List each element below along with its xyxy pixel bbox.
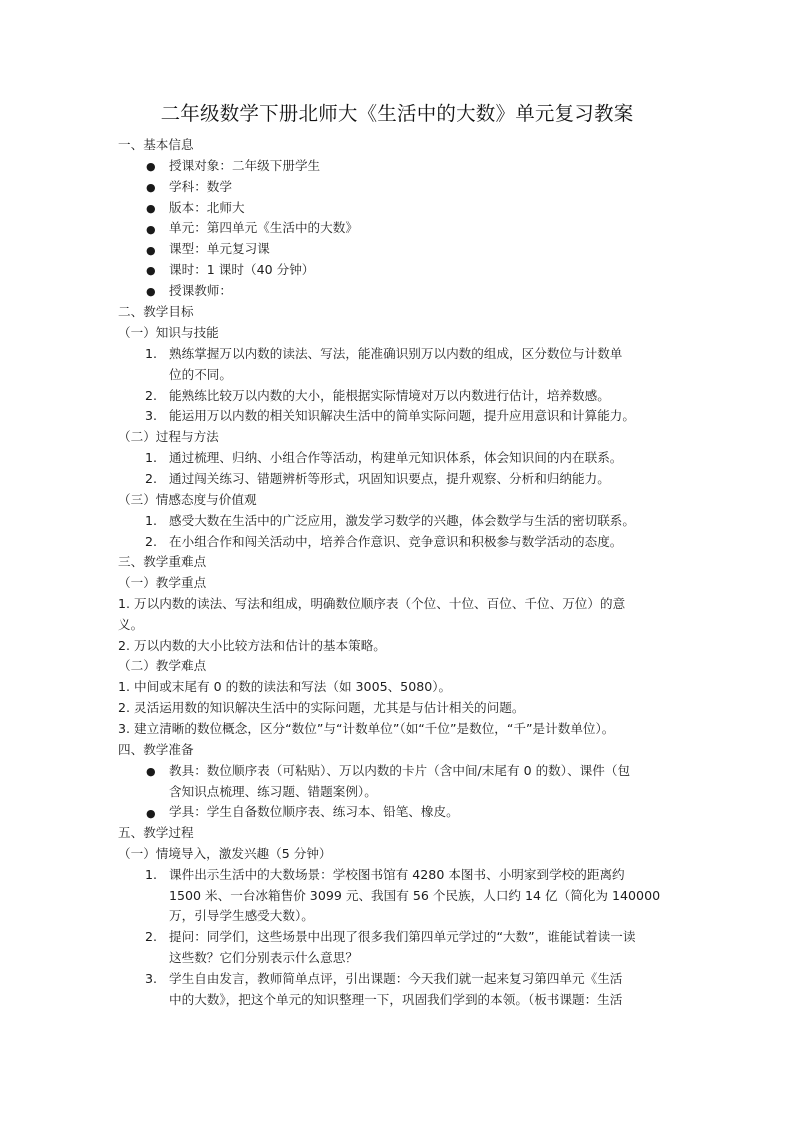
section-heading-key-points: 三、教学重难点 <box>118 552 206 573</box>
list-item: 学科：数学 <box>169 177 232 198</box>
section-heading-preparation: 四、教学准备 <box>118 740 194 761</box>
list-item-continuation: 这些数？它们分别表示什么意思？ <box>169 948 358 969</box>
list-item: 熟练掌握万以内数的读法、写法，能准确识别万以内数的组成，区分数位与计数单 <box>169 344 622 365</box>
paragraph-line: 3. 建立清晰的数位概念，区分“数位”与“计数单位”（如“千位”是数位，“千”是… <box>118 719 614 740</box>
list-item: 授课对象：二年级下册学生 <box>169 156 320 177</box>
list-item-continuation: 含知识点梳理、练习题、错题案例）。 <box>169 782 377 803</box>
subsection-heading: （一）教学重点 <box>118 573 206 594</box>
list-item: 能运用万以内数的相关知识解决生活中的简单实际问题，提升应用意识和计算能力。 <box>169 406 635 427</box>
list-number: 1. <box>145 511 157 532</box>
list-number: 3. <box>145 406 157 427</box>
list-item-continuation: 位的不同。 <box>169 365 232 386</box>
bullet-icon: ● <box>146 244 156 257</box>
list-item: 课时：1 课时（40 分钟） <box>169 260 314 281</box>
subsection-heading: （二）教学难点 <box>118 656 206 677</box>
document-title: 二年级数学下册北师大《生活中的大数》单元复习教案 <box>0 100 794 128</box>
paragraph-line: 2. 万以内数的大小比较方法和估计的基本策略。 <box>118 636 386 657</box>
subsection-heading: （一）情境导入，激发兴趣（5 分钟） <box>118 844 332 865</box>
subsection-heading: （一）知识与技能 <box>118 323 219 344</box>
list-number: 2. <box>145 469 157 490</box>
list-number: 2. <box>145 386 157 407</box>
paragraph-line: 1. 万以内数的读法、写法和组成，明确数位顺序表（个位、十位、百位、千位、万位）… <box>118 594 625 615</box>
list-item: 教具：数位顺序表（可粘贴）、万以内数的卡片（含中间/末尾有 0 的数）、课件（包 <box>169 761 630 782</box>
section-heading-process: 五、教学过程 <box>118 823 194 844</box>
list-item: 提问：同学们，这些场景中出现了很多我们第四单元学过的“大数”，谁能试着读一读 <box>169 927 635 948</box>
list-number: 1. <box>145 344 157 365</box>
bullet-icon: ● <box>146 765 156 778</box>
bullet-icon: ● <box>146 807 156 820</box>
list-number: 1. <box>145 448 157 469</box>
section-heading-basic-info: 一、基本信息 <box>118 135 194 156</box>
paragraph-line: 义。 <box>118 615 143 636</box>
list-item: 通过闯关练习、错题辨析等形式，巩固知识要点，提升观察、分析和归纳能力。 <box>169 469 610 490</box>
list-item: 在小组合作和闯关活动中，培养合作意识、竞争意识和积极参与数学活动的态度。 <box>169 532 622 553</box>
list-number: 2. <box>145 532 157 553</box>
list-item: 学生自由发言，教师简单点评，引出课题：今天我们就一起来复习第四单元《生活 <box>169 969 622 990</box>
bullet-icon: ● <box>146 285 156 298</box>
list-number: 1. <box>145 865 157 886</box>
subsection-heading: （二）过程与方法 <box>118 427 219 448</box>
list-item: 授课教师： <box>169 281 232 302</box>
document-page: 二年级数学下册北师大《生活中的大数》单元复习教案 一、基本信息 ● 授课对象：二… <box>0 0 794 1123</box>
bullet-icon: ● <box>146 223 156 236</box>
bullet-icon: ● <box>146 202 156 215</box>
section-heading-objectives: 二、教学目标 <box>118 302 194 323</box>
list-item: 能熟练比较万以内数的大小，能根据实际情境对万以内数进行估计，培养数感。 <box>169 386 610 407</box>
list-item: 通过梳理、归纳、小组合作等活动，构建单元知识体系，体会知识间的内在联系。 <box>169 448 622 469</box>
list-number: 3. <box>145 969 157 990</box>
list-item: 版本：北师大 <box>169 198 245 219</box>
list-item-continuation: 1500 米、一台冰箱售价 3099 元、我国有 56 个民族，人口约 14 亿… <box>169 886 660 907</box>
list-item: 课型：单元复习课 <box>169 239 270 260</box>
list-item: 学具：学生自备数位顺序表、练习本、铅笔、橡皮。 <box>169 802 459 823</box>
bullet-icon: ● <box>146 264 156 277</box>
paragraph-line: 2. 灵活运用数的知识解决生活中的实际问题，尤其是与估计相关的问题。 <box>118 698 524 719</box>
paragraph-line: 1. 中间或末尾有 0 的数的读法和写法（如 3005、5080）。 <box>118 677 451 698</box>
subsection-heading: （三）情感态度与价值观 <box>118 490 257 511</box>
list-number: 2. <box>145 927 157 948</box>
list-item: 单元：第四单元《生活中的大数》 <box>169 218 358 239</box>
bullet-icon: ● <box>146 160 156 173</box>
list-item-continuation: 中的大数》，把这个单元的知识整理一下，巩固我们学到的本领。（板书课题：生活 <box>169 990 622 1011</box>
bullet-icon: ● <box>146 181 156 194</box>
list-item: 课件出示生活中的大数场景：学校图书馆有 4280 本图书、小明家到学校的距离约 <box>169 865 625 886</box>
list-item-continuation: 万，引导学生感受大数）。 <box>169 906 314 927</box>
list-item: 感受大数在生活中的广泛应用，激发学习数学的兴趣，体会数学与生活的密切联系。 <box>169 511 635 532</box>
